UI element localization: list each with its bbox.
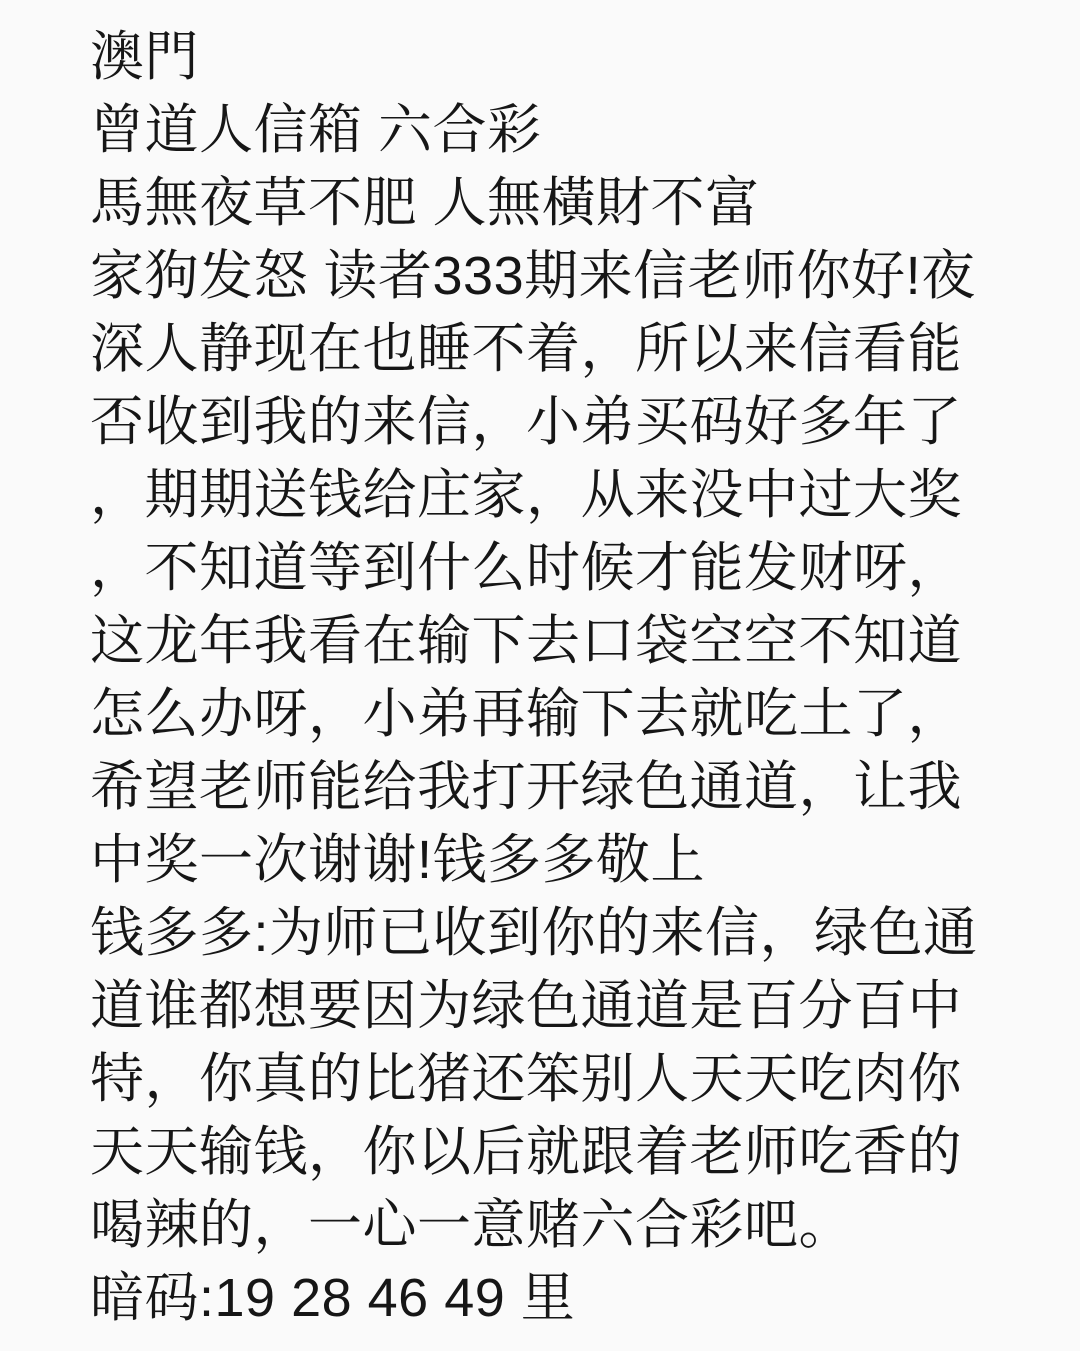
text-line: 深人静现在也睡不着，所以来信看能	[90, 313, 1040, 386]
text-line: 道谁都想要因为绿色通道是百分百中	[90, 970, 1040, 1043]
text-line: 否收到我的来信，小弟买码好多年了	[90, 386, 1040, 459]
text-line: 喝辣的，一心一意赌六合彩吧。	[90, 1189, 1040, 1262]
text-line-column-title: 曾道人信箱 六合彩	[90, 94, 1040, 167]
document-page: 澳門 曾道人信箱 六合彩 馬無夜草不肥 人無橫財不富 家狗发怒 读者333期来信…	[0, 0, 1080, 1351]
text-line: 希望老师能给我打开绿色通道，让我	[90, 751, 1040, 824]
document-text-block: 澳門 曾道人信箱 六合彩 馬無夜草不肥 人無橫財不富 家狗发怒 读者333期来信…	[0, 0, 1080, 1335]
text-line: ，不知道等到什么时候才能发财呀，	[90, 532, 1040, 605]
text-line-secret-code: 暗码:19 28 46 49 里	[90, 1262, 1040, 1335]
text-line: 家狗发怒 读者333期来信老师你好!夜	[90, 240, 1040, 313]
text-line: 天天输钱，你以后就跟着老师吃香的	[90, 1116, 1040, 1189]
text-line: 特，你真的比猪还笨别人天天吃肉你	[90, 1043, 1040, 1116]
text-line-region-title: 澳門	[90, 21, 1040, 94]
text-line: 这龙年我看在输下去口袋空空不知道	[90, 605, 1040, 678]
text-line-reply-start: 钱多多:为师已收到你的来信，绿色通	[90, 897, 1040, 970]
text-line-reader-signoff: 中奖一次谢谢!钱多多敬上	[90, 824, 1040, 897]
text-line: ，期期送钱给庄家，从来没中过大奖	[90, 459, 1040, 532]
text-line: 怎么办呀，小弟再输下去就吃土了，	[90, 678, 1040, 751]
text-line-proverb: 馬無夜草不肥 人無橫財不富	[90, 167, 1040, 240]
